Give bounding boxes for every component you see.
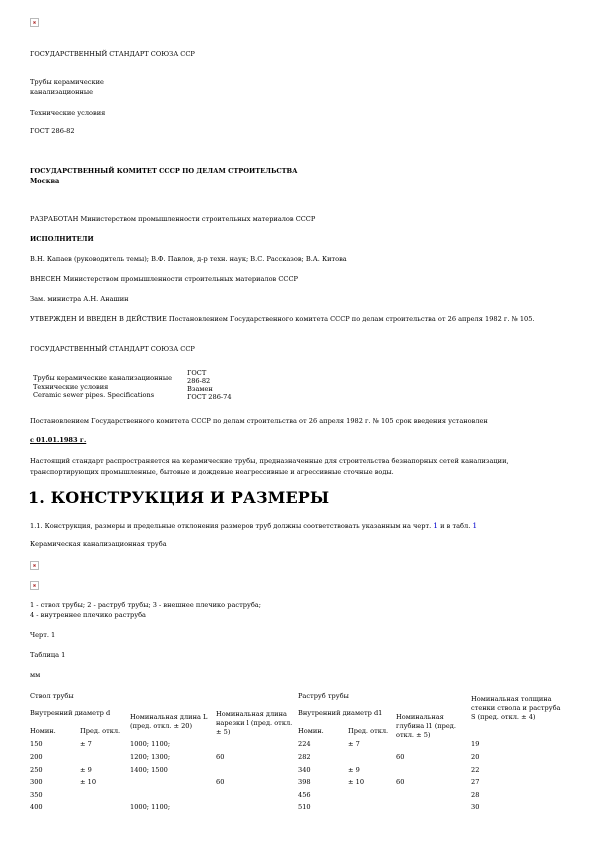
header-wall-thickness: Номинальная толщина стенки ствола и раст… [471,695,561,722]
cell-L: 1000; 1100; [130,804,170,812]
decree-text: Постановлением Государственного комитета… [30,418,488,426]
section-1-heading: 1. КОНСТРУКЦИЯ И РАЗМЕРЫ [28,488,329,507]
gost-number: ГОСТ 286-82 [30,128,75,136]
approval-statement: УТВЕРЖДЕН И ВВЕДЕН В ДЕЙСТВИЕ Постановле… [30,314,570,325]
title-block-replaces: Взамен [187,385,232,393]
title-block-left: Трубы керамические канализационные Техни… [33,374,172,400]
title-block-old-gost: ГОСТ 286-74 [187,393,232,401]
cell-d1: 510 [298,804,311,812]
units-label: мм [30,672,40,680]
cell-S: 20 [471,754,479,762]
cell-d-tol: ± 7 [80,741,92,749]
product-line-1: Трубы керамические [30,79,104,87]
header-inner-d: Внутренний диаметр d [30,710,110,718]
figure-legend-2: 4 - внутреннее плечико раструба [30,612,146,620]
table-label: Таблица 1 [30,652,65,660]
cell-l1: 60 [396,754,404,762]
cell-d: 400 [30,804,43,812]
header-nominal-length: Номинальная длина L (пред. откл. ± 20) [130,713,210,731]
clause-1-1-text: 1.1. Конструкция, размеры и предельные о… [30,522,433,530]
standard-title-2: ГОСУДАРСТВЕННЫЙ СТАНДАРТ СОЮЗА ССР [30,346,195,354]
cell-d1: 282 [298,754,311,762]
cell-S: 22 [471,767,479,775]
broken-image-icon [30,561,39,570]
cell-S: 30 [471,804,479,812]
header-nominal: Номин. [30,728,56,736]
cell-d: 200 [30,754,43,762]
effective-date: с 01.01.1983 г. [30,437,86,445]
cell-d: 250 [30,767,43,775]
header-tolerance: Пред. откл. [80,728,120,736]
title-block-number: 286-82 [187,377,232,385]
header-nominal-d1: Номин. [298,728,324,736]
committee-name: ГОСУДАРСТВЕННЫЙ КОМИТЕТ СССР ПО ДЕЛАМ СТ… [30,168,298,176]
developed-by: РАЗРАБОТАН Министерством промышленности … [30,216,315,224]
header-inner-d1: Внутренний диаметр d1 [298,710,382,718]
cell-d1-tol: ± 10 [348,779,364,787]
cell-S: 27 [471,779,479,787]
header-tolerance-d1: Пред. откл. [348,728,388,736]
cell-l: 60 [216,754,224,762]
cell-d1-tol: ± 9 [348,767,360,775]
cell-l1: 60 [396,779,404,787]
figure-legend-1: 1 - ствол трубы; 2 - раструб трубы; 3 - … [30,602,261,610]
cell-d: 150 [30,741,43,749]
cell-L: 1000; 1100; [130,741,170,749]
title-block-ru: Трубы керамические канализационные [33,374,172,383]
product-line-2: канализационные [30,89,93,97]
cell-l: 60 [216,779,224,787]
cell-d1: 224 [298,741,311,749]
executors-heading: ИСПОЛНИТЕЛИ [30,236,94,244]
standard-title: ГОСУДАРСТВЕННЫЙ СТАНДАРТ СОЮЗА ССР [30,51,195,59]
deputy-minister: Зам. министра А.Н. Анашин [30,296,129,304]
spec-type: Технические условия [30,110,105,118]
figure-caption: Керамическая канализационная труба [30,541,167,549]
title-block-en: Ceramic sewer pipes. Specifications [33,391,172,400]
cell-d1: 340 [298,767,311,775]
cell-S: 28 [471,792,479,800]
broken-image-icon [30,581,39,590]
cell-d1-tol: ± 7 [348,741,360,749]
header-socket: Раструб трубы [298,693,349,701]
executors-list: В.Н. Капаев (руководитель темы); В.Ф. Па… [30,256,347,264]
broken-image-icon [30,18,39,27]
cell-d: 300 [30,779,43,787]
cell-L: 1200; 1300; [130,754,170,762]
introduced-by: ВНЕСЕН Министерством промышленности стро… [30,276,298,284]
clause-1-1-mid: и в табл. [438,522,472,530]
title-block-right: ГОСТ 286-82 Взамен ГОСТ 286-74 [187,369,232,401]
drawing-label: Черт. 1 [30,632,55,640]
title-block-gost: ГОСТ [187,369,232,377]
title-block-spec: Технические условия [33,383,172,392]
scope-paragraph: Настоящий стандарт распространяется на к… [30,456,570,478]
header-barrel: Ствол трубы [30,693,74,701]
city: Москва [30,178,59,186]
cell-S: 19 [471,741,479,749]
clause-1-1: 1.1. Конструкция, размеры и предельные о… [30,521,477,531]
cell-d-tol: ± 9 [80,767,92,775]
cell-d1: 398 [298,779,311,787]
cell-d1: 456 [298,792,311,800]
header-groove-length: Номинальная длина нарезки l (пред. откл.… [216,710,296,737]
header-socket-depth: Номинальная глубина l1 (пред. откл. ± 5) [396,713,468,740]
cell-d-tol: ± 10 [80,779,96,787]
cell-d: 350 [30,792,43,800]
table-1-link[interactable]: 1 [472,521,477,530]
cell-L: 1400; 1500 [130,767,168,775]
